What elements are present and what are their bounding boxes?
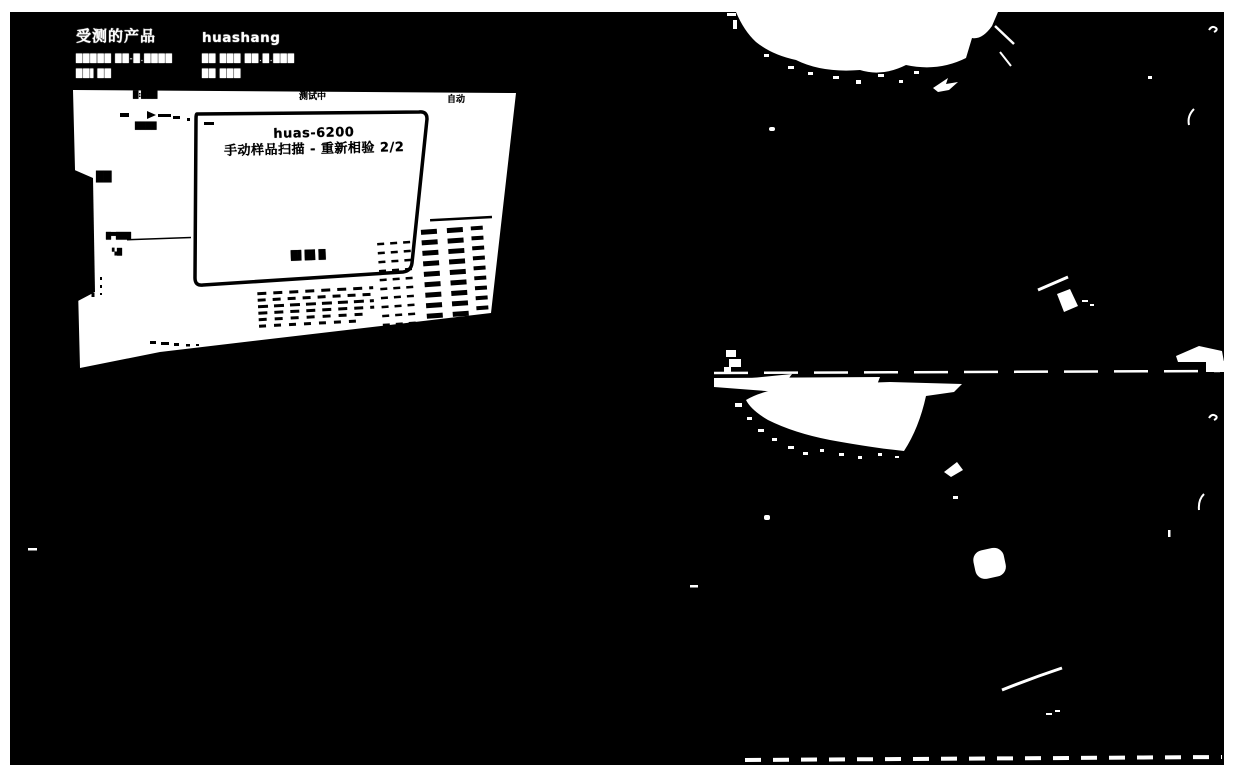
header-left-subtitle: █████ ██-█.████ xyxy=(76,55,173,64)
side-label-4: ▚█ xyxy=(112,249,122,256)
menubar-center-text: 测试中 xyxy=(299,93,326,103)
header-right-subtitle: ██ ███ ██.█.███ xyxy=(202,55,295,64)
header-right-title: huashang xyxy=(202,31,280,46)
menubar-left-text: █:███ xyxy=(133,92,157,100)
scan-dialog-text: huas-6200 手动样品扫描 - 重新相验 2/2 xyxy=(198,125,431,160)
header-right-line3: ██ ███ xyxy=(202,70,241,79)
figure-black-background xyxy=(10,12,1224,765)
side-label-2: ██ xyxy=(96,172,111,183)
menubar-right-text: 自动 xyxy=(447,96,465,106)
side-label-1: ████ xyxy=(135,123,157,131)
header-left-title: 受测的产品 xyxy=(76,28,156,45)
dialog-status-text: █▌█▌█ xyxy=(291,251,326,262)
side-label-3: █▀███ xyxy=(106,233,131,240)
header-left-line3: ██▌██ xyxy=(76,70,112,79)
